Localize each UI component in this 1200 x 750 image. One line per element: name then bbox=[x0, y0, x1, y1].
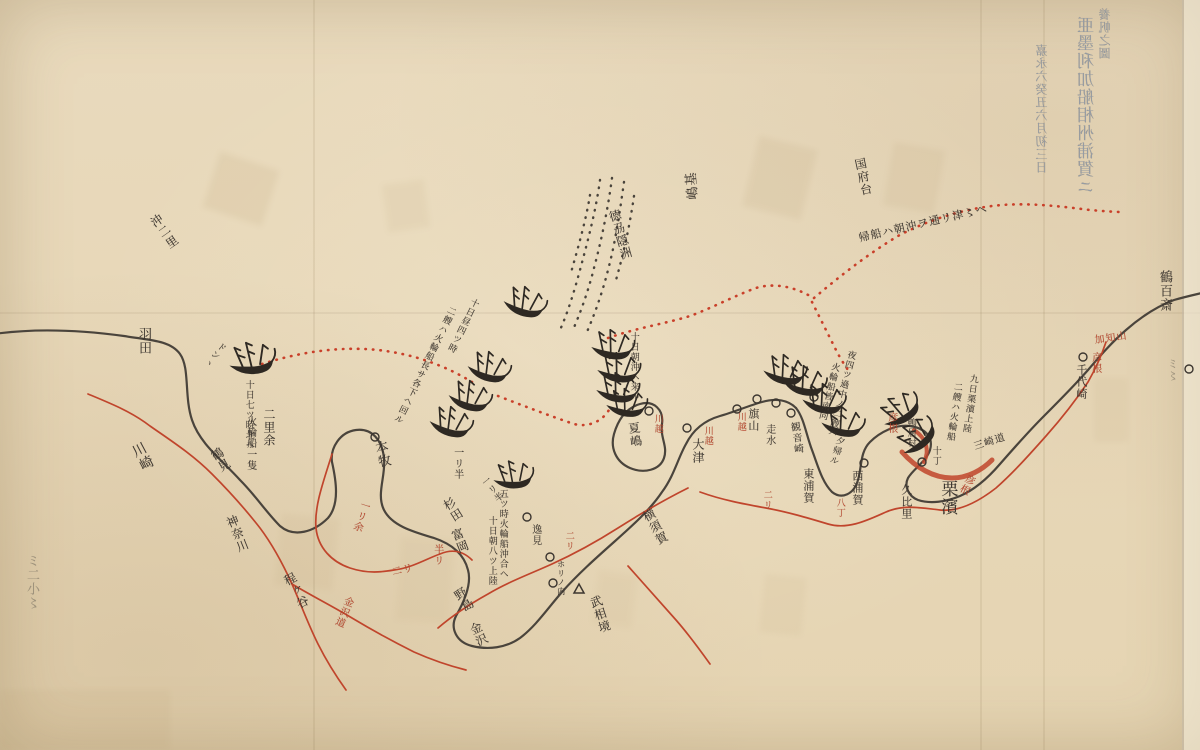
map-label: 沖二里 bbox=[147, 212, 180, 251]
map-label: 神奈川 bbox=[223, 514, 250, 555]
map-label: 彦根 bbox=[955, 471, 975, 495]
title-main: 亜墨利加船相州浦賀ニ bbox=[1079, 16, 1097, 196]
map-label: 一リ半 bbox=[451, 447, 462, 480]
map-label: 三崎道 bbox=[973, 433, 1008, 453]
map-label: 川越 bbox=[652, 414, 662, 434]
map-label: 程ヶ谷 bbox=[281, 571, 311, 612]
map-label: ホリノ内 bbox=[556, 560, 565, 596]
map-label: ドンヽ bbox=[201, 339, 227, 369]
map-label: 本牧 bbox=[371, 440, 391, 470]
map-label: 富岡 bbox=[448, 527, 470, 556]
map-label: 久比里 bbox=[900, 484, 912, 520]
map-label: 東浦賀 bbox=[802, 468, 814, 504]
map-label: 金沢道 bbox=[331, 594, 353, 629]
map-label: 川越 bbox=[702, 426, 712, 446]
map-label: 西浦賀 bbox=[851, 470, 863, 506]
map-label: 金沢 bbox=[467, 620, 490, 649]
map-label: 千代崎 bbox=[1075, 364, 1087, 400]
map-label: 德刕隠洲 bbox=[606, 208, 633, 262]
map-label: 彦根 bbox=[1089, 352, 1100, 374]
collector-mark: 鶴百斎 bbox=[1157, 270, 1171, 312]
map-label: 五ツ時火輪船沖合ヘ bbox=[497, 489, 507, 579]
map-label: 一リ余 bbox=[349, 498, 369, 533]
map-label: 杉田 bbox=[440, 496, 465, 525]
labels-layer: 養帆之圖亜墨利加船相州浦賀ニ嘉永六癸丑六月初三日鶴百斎ミ二小〻ミ〻沖二里羽田川崎… bbox=[0, 0, 1200, 750]
map-label: 半リ bbox=[431, 544, 442, 566]
map-label: 彦根 bbox=[885, 412, 896, 434]
map-label: 武相境 bbox=[587, 594, 611, 635]
map-label: 横須賀 bbox=[640, 507, 670, 548]
map-label: 帰船ハ朝沖ヲ通リ津〻ヘ bbox=[858, 203, 989, 244]
map-label: 国府台 bbox=[852, 157, 873, 198]
corner-scribble: ミ二小〻 bbox=[24, 554, 38, 610]
title-date: 嘉永六癸丑六月初三日 bbox=[1036, 44, 1049, 174]
map-label: 二里余 bbox=[262, 408, 275, 447]
map-label: 火輪船一隻 bbox=[244, 416, 255, 471]
map-label: 夏嶋 bbox=[626, 421, 642, 449]
map-label: 夕帰ル bbox=[826, 434, 845, 466]
map-label: 鶴見 bbox=[208, 446, 232, 475]
map-label: 川崎 bbox=[128, 440, 155, 474]
map-label: 二艘ハ火輪船 bbox=[944, 381, 962, 442]
map-label: 十日朝八ツ上陸 bbox=[486, 516, 496, 586]
map-label: 鴨居村 bbox=[905, 418, 915, 448]
map-label: 十日朝沖ヘ来ル bbox=[628, 332, 638, 402]
map-label: 嶋基 bbox=[685, 171, 701, 200]
map-label: 川越 bbox=[735, 412, 745, 432]
map-label: 観音崎 bbox=[787, 421, 802, 455]
edge-scribble: ミ〻 bbox=[1166, 358, 1178, 382]
map-label: 二艘ハ火輪船長サ各下ヘ回ル bbox=[391, 304, 457, 425]
map-canvas: 養帆之圖亜墨利加船相州浦賀ニ嘉永六癸丑六月初三日鶴百斎ミ二小〻ミ〻沖二里羽田川崎… bbox=[0, 0, 1200, 750]
map-label: 野島 bbox=[451, 586, 476, 615]
map-label: 逸見 bbox=[529, 524, 540, 546]
map-label: 二リ bbox=[391, 564, 415, 579]
map-label: 二リ bbox=[563, 531, 573, 551]
map-label: 栗濱 bbox=[938, 480, 956, 516]
map-label: 羽田 bbox=[136, 327, 150, 355]
map-label: 二リ bbox=[761, 490, 771, 510]
map-label: 走水 bbox=[763, 424, 774, 446]
title-small: 養帆之圖 bbox=[1099, 8, 1112, 60]
map-label: 旗山 bbox=[747, 408, 759, 432]
map-label: 加知山 bbox=[1094, 332, 1128, 347]
map-label: 十丁 bbox=[930, 446, 940, 466]
map-label: 八丁 bbox=[834, 498, 844, 518]
